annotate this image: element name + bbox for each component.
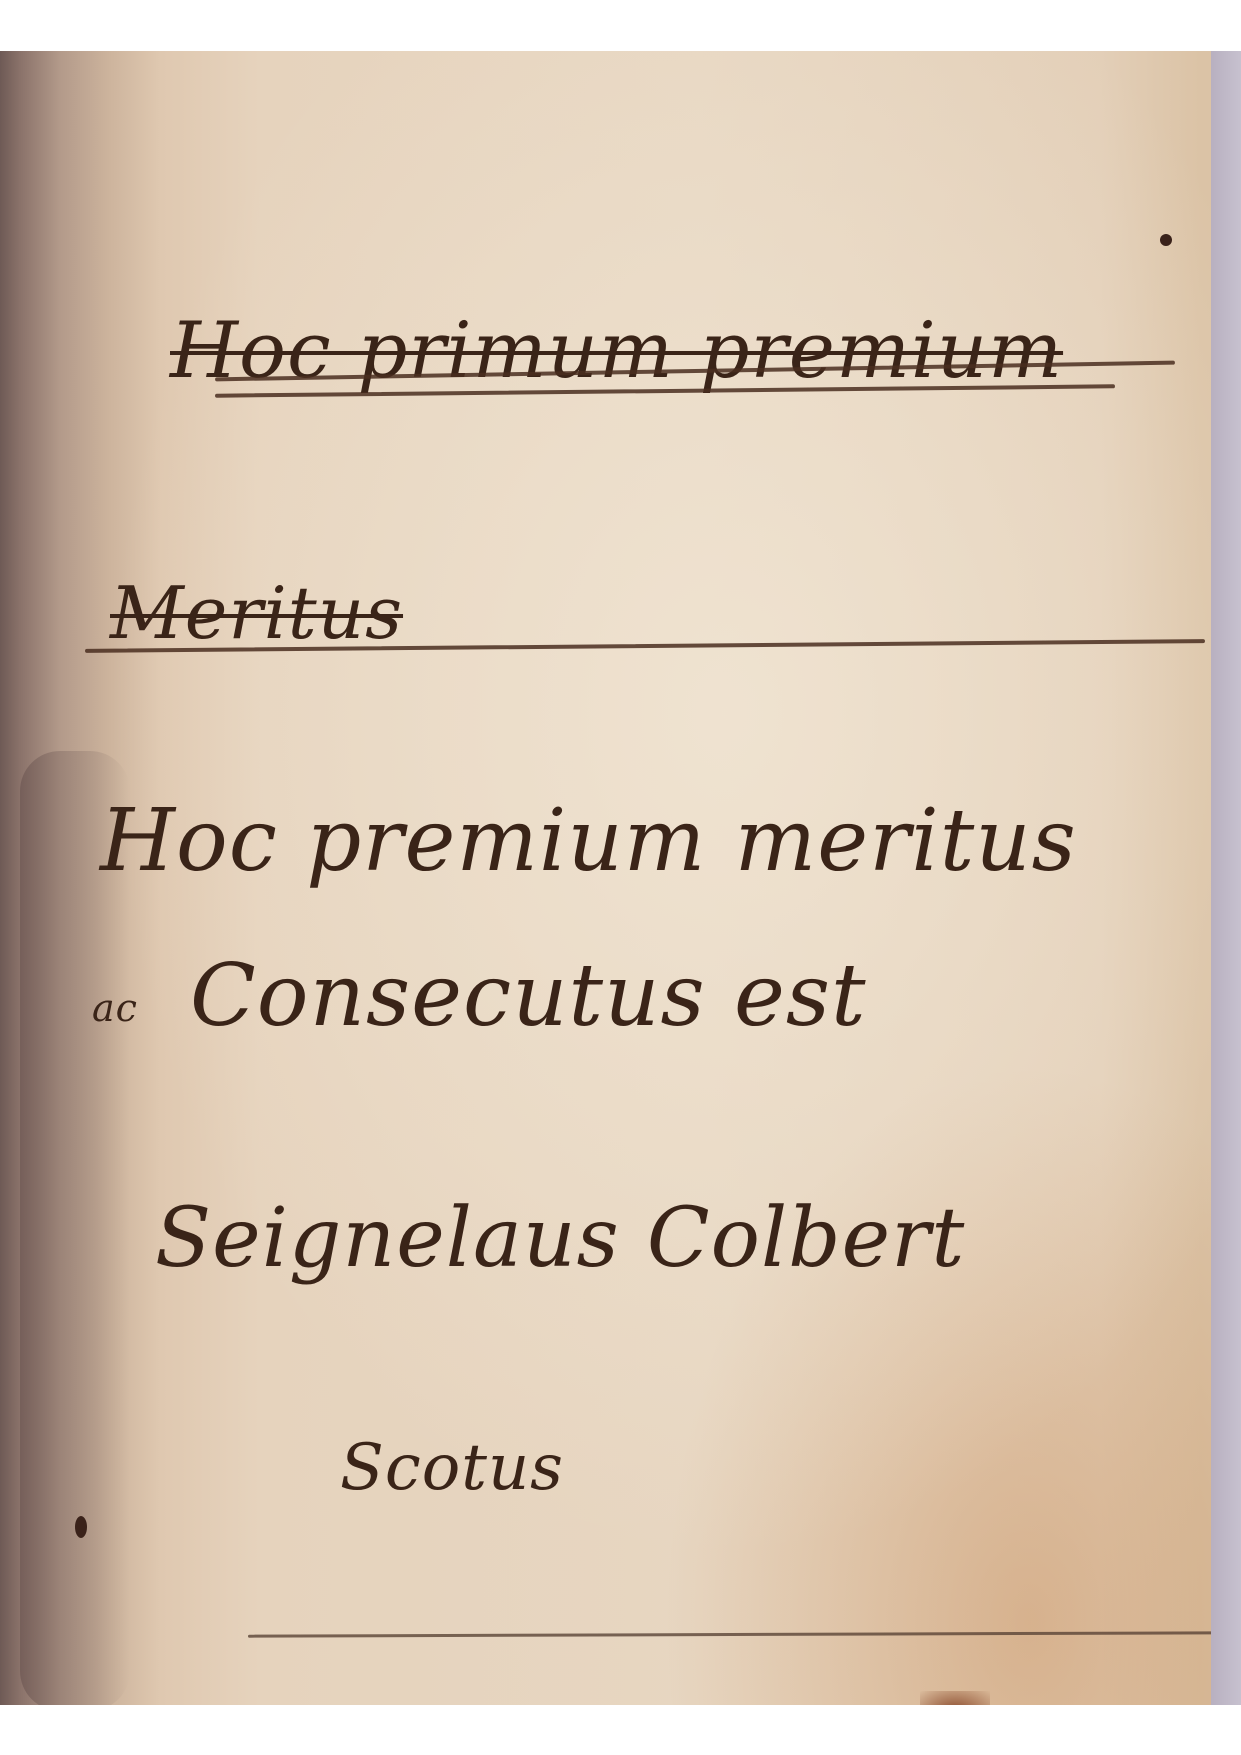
page-edge-strip: [1211, 51, 1241, 1705]
struck-line-2: Meritus: [110, 571, 403, 655]
ink-blot: [75, 1516, 87, 1538]
paper-stain: [920, 1691, 990, 1705]
inscription-line-6: Scotus: [340, 1431, 564, 1505]
underline-rule: [248, 1631, 1211, 1637]
inscription-line-4-prefix: ac: [92, 986, 138, 1030]
ink-blot: [1160, 234, 1172, 246]
inscription-line-5-signature: Seignelaus Colbert: [155, 1191, 965, 1286]
inscription-line-4: Consecutus est: [190, 946, 867, 1046]
manuscript-photo: Hoc primum premium Meritus Hoc premium m…: [0, 51, 1211, 1705]
inscription-line-3: Hoc premium meritus: [100, 791, 1077, 891]
struck-line-1: Hoc primum premium: [170, 306, 1063, 396]
binding-shadow: [20, 751, 130, 1705]
